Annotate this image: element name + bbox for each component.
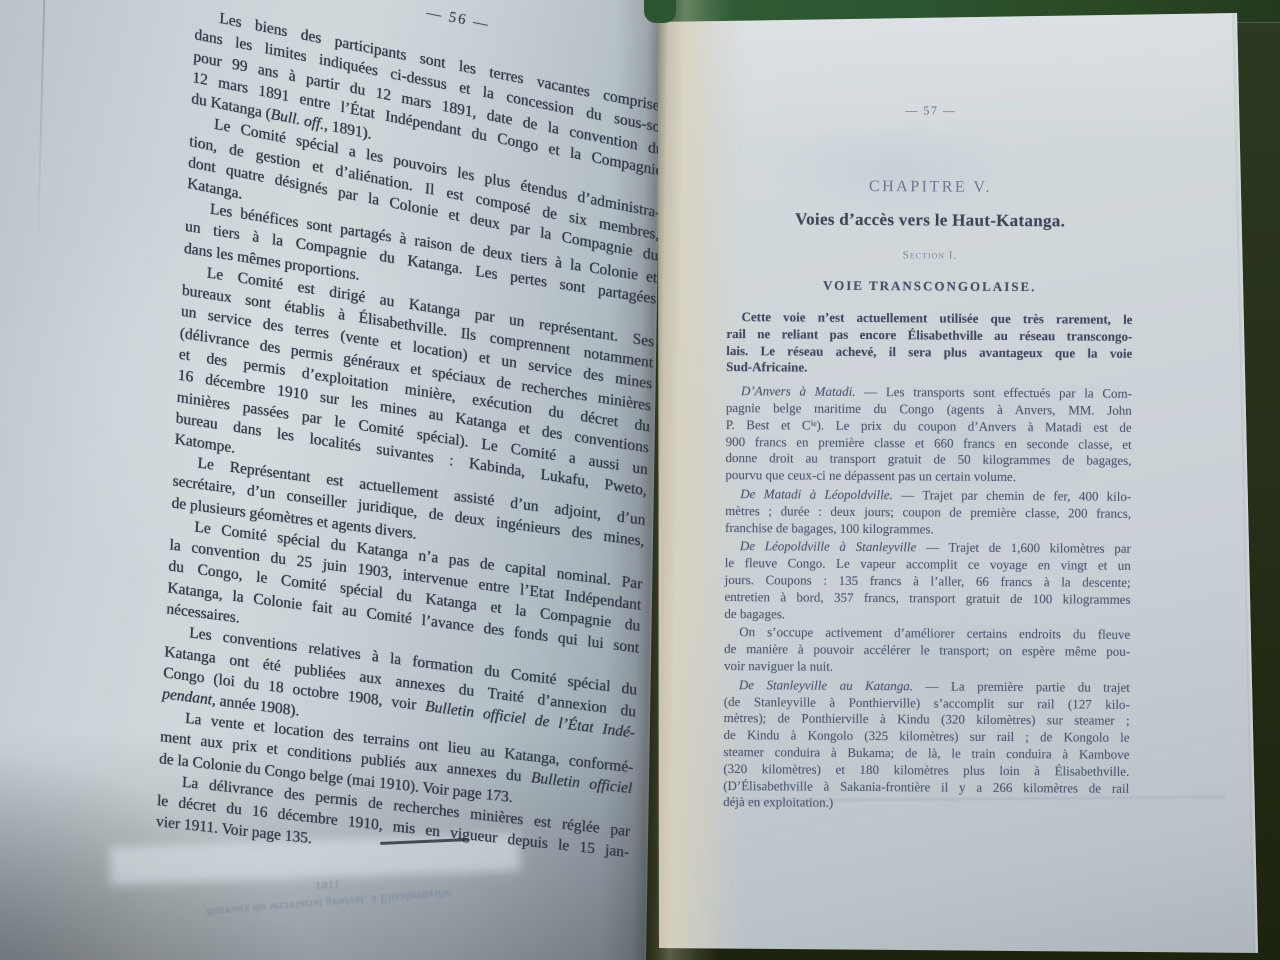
text-line: franchise de bagages, 100 kilogrammes. (725, 520, 1131, 540)
text-line: (320 kilomètres) et 180 kilomètres plus … (723, 761, 1129, 781)
right-page: — 57 — CHAPITRE V. Voies d’accès vers le… (656, 10, 1262, 958)
chapter-heading: CHAPITRE V. (727, 177, 1133, 198)
left-page-text-block: Les biens des participants sont les terr… (155, 3, 669, 856)
text-line: voir naviguer la nuit. (724, 658, 1130, 678)
section-label: Section I. (727, 248, 1133, 263)
paragraph: Cette voie n’est actuellement utilisée q… (726, 309, 1132, 379)
open-book-photograph: Bureaux du secrétariat général, à Élisab… (0, 0, 1280, 960)
page-crease (37, 0, 46, 250)
text-line: pourvu que ceux-ci ne dépassent pas un c… (725, 467, 1131, 487)
text-line: déjà en exploitation.) (723, 794, 1129, 814)
paragraph: On s’occupe activement d’améliorer certa… (724, 624, 1130, 677)
page-number-right: — 57 — (728, 102, 1134, 120)
gutter-top-shadow (644, 0, 676, 23)
page-fore-edge (1232, 10, 1277, 956)
body-text: Cette voie n’est actuellement utilisée q… (723, 309, 1132, 814)
chapter-title: Voies d’accès vers le Haut-Katanga. (727, 209, 1133, 232)
text-line: de bagages. (724, 606, 1130, 626)
right-page-text-block: — 57 — CHAPITRE V. Voies d’accès vers le… (723, 102, 1134, 814)
paragraph: De Léopoldville à Stanleyville — Trajet … (724, 538, 1131, 625)
section-title: VOIE TRANSCONGOLAISE. (727, 277, 1133, 296)
text-line: Sud-Africaine. (726, 359, 1132, 379)
paragraph: D’Anvers à Matadi. — Les transports sont… (725, 383, 1132, 487)
left-page: Bureaux du secrétariat général, à Élisab… (0, 0, 662, 960)
paragraph: De Matadi à Léopoldville. — Trajet par c… (725, 486, 1131, 539)
paragraph: De Stanleyville au Katanga. — La premièr… (723, 677, 1130, 814)
